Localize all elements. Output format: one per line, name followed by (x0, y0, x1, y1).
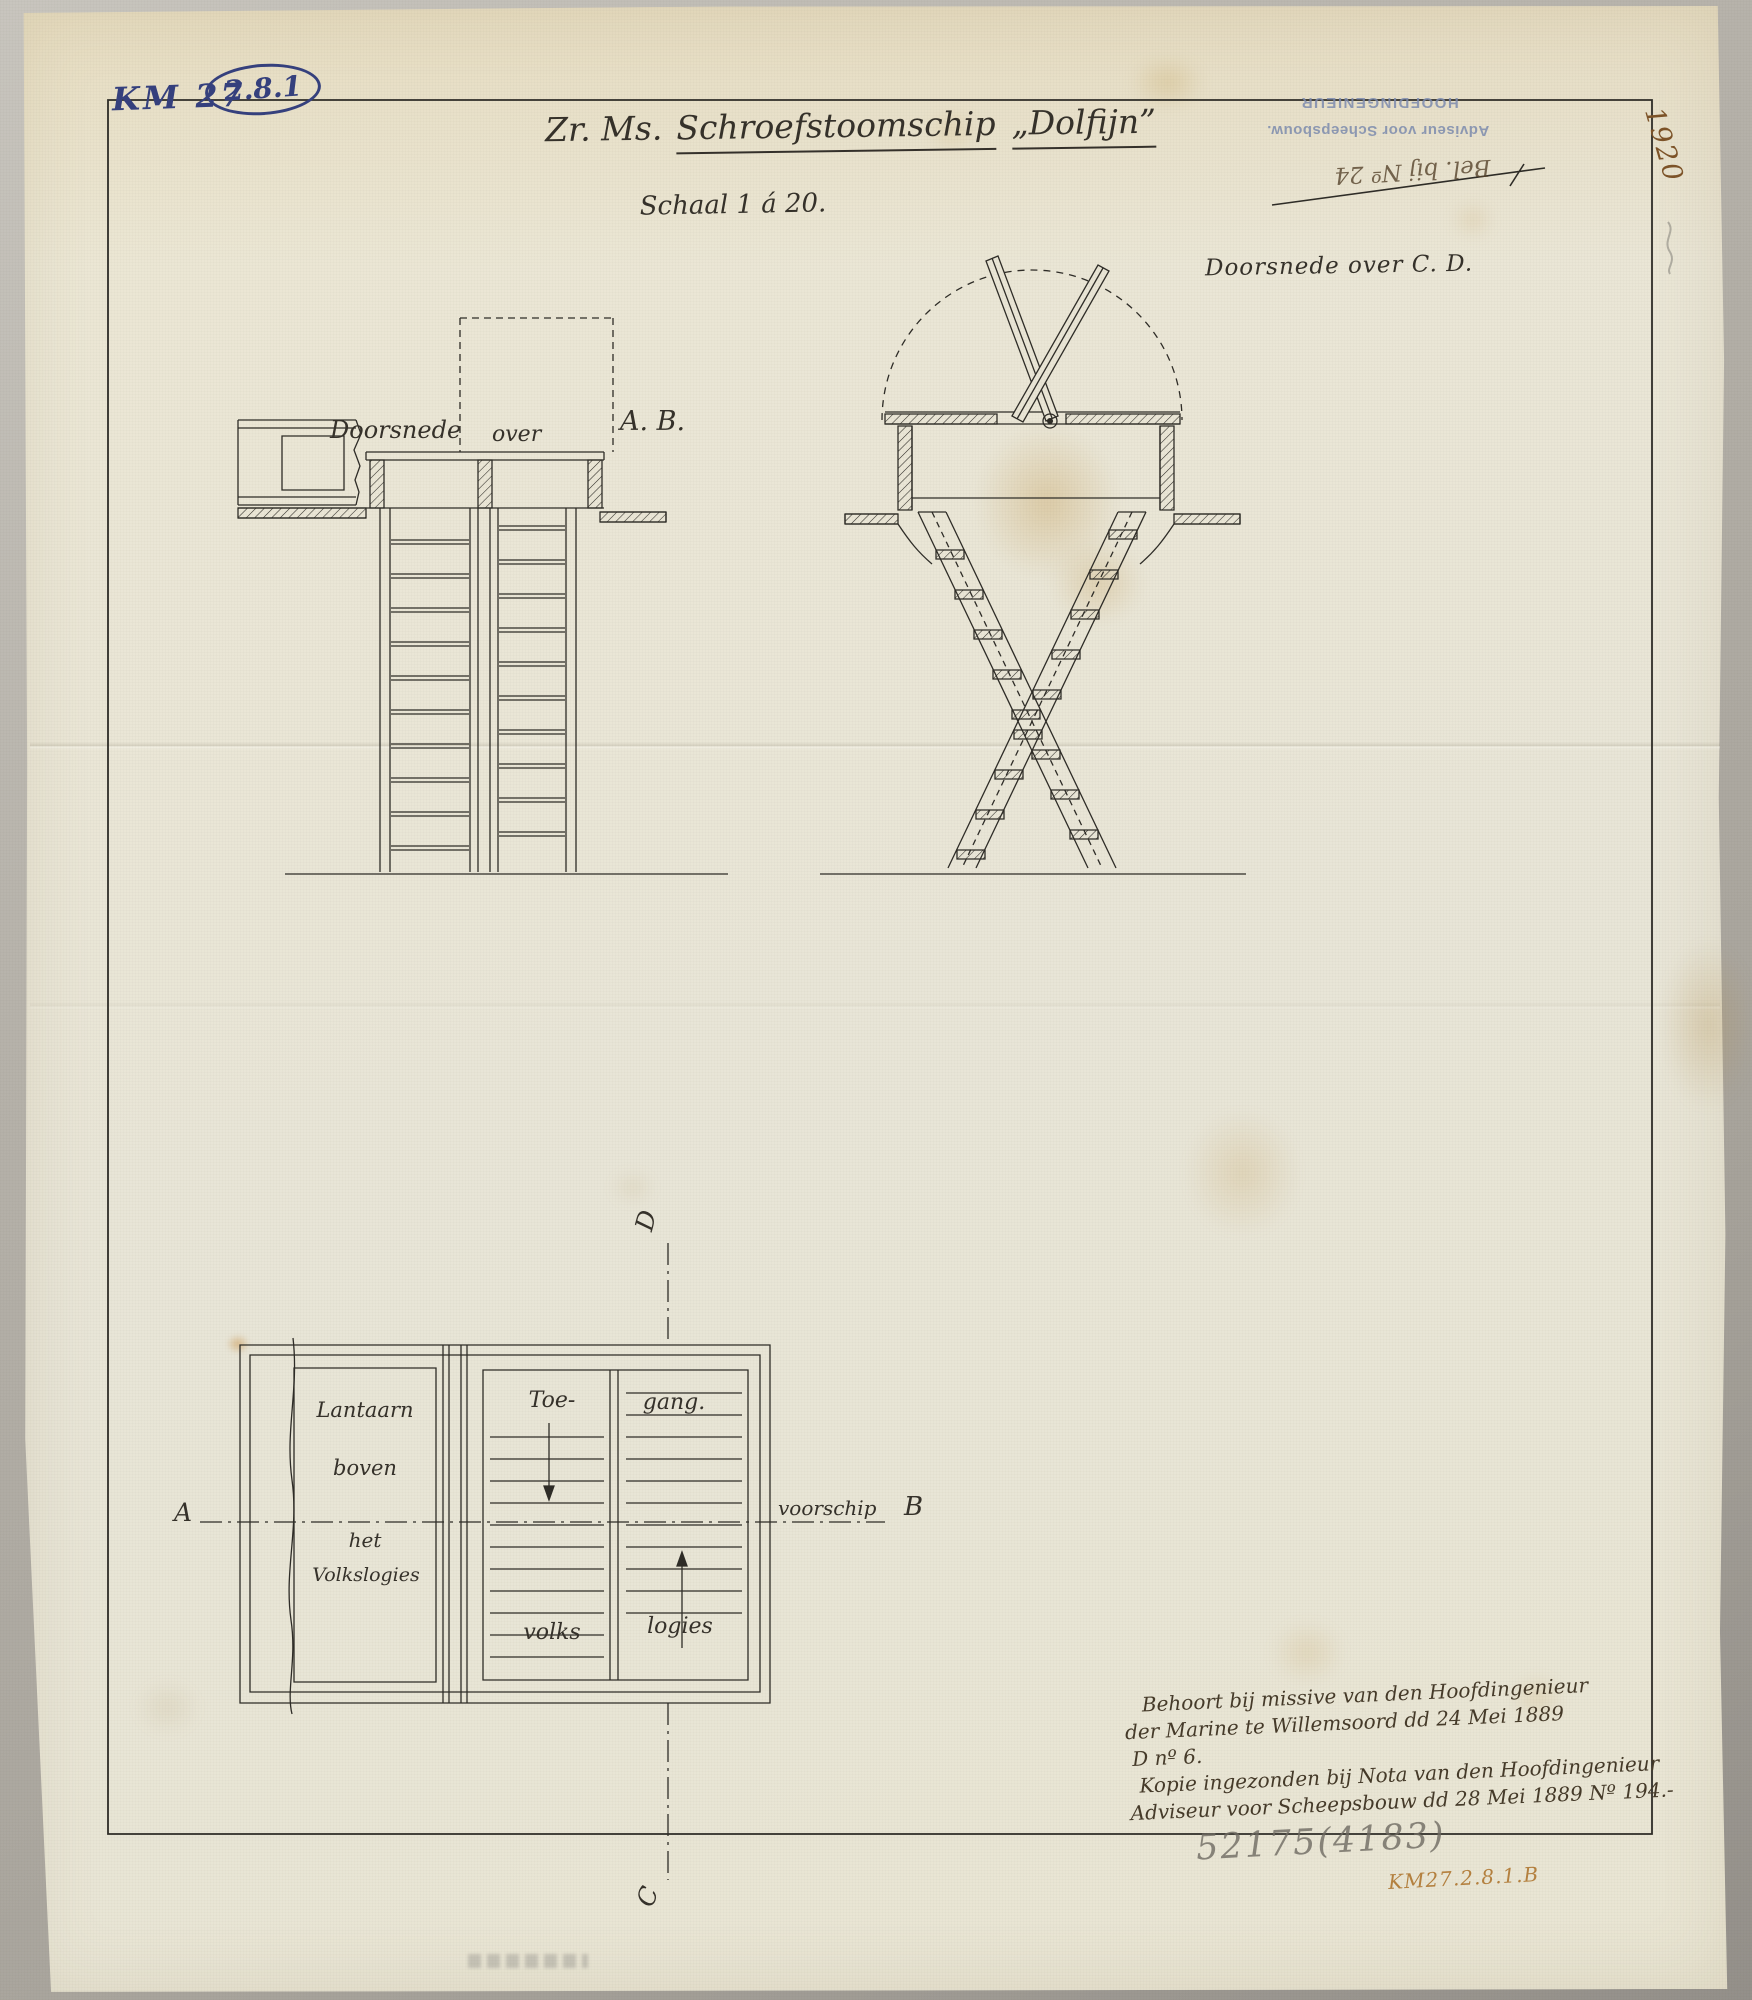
title-ship-name: „Dolfijn” (1011, 102, 1156, 150)
ladder-rungs-left (391, 540, 469, 850)
axis-mark-a: A (174, 1498, 192, 1527)
drawing-title: Zr. Ms.Schroefstoomschip„Dolfijn” (545, 102, 1145, 149)
divider-wall (443, 1345, 467, 1703)
section-cd (820, 256, 1246, 874)
down-arrow (544, 1423, 554, 1500)
ladder-rungs-right (499, 526, 565, 836)
stair-divider (610, 1370, 618, 1680)
scanned-archival-drawing: { "codes": { "top_left": "KM 27", "top_l… (0, 0, 1752, 2000)
archival-note: Behoort bij missive van den Hoofdingenie… (1123, 1668, 1688, 1827)
title-word: Schroefstoomschip (676, 104, 996, 154)
voorschip-label: voorschip (778, 1496, 877, 1520)
crossed-ladders (918, 512, 1146, 868)
ladder-stringers (380, 508, 576, 872)
stair-label-gang: gang. (624, 1390, 724, 1415)
lantern-label-2: boven (300, 1456, 430, 1480)
lantern-label-3: het (300, 1528, 430, 1552)
plan-treads-right (626, 1393, 742, 1613)
lantern-label-1: Lantaarn (300, 1398, 430, 1422)
stair-label-logies: logies (628, 1614, 732, 1639)
lantern-label-4: Volkslogies (296, 1564, 436, 1586)
stair-label-toe: Toe- (505, 1388, 599, 1413)
stair-label-volks: volks (505, 1620, 599, 1645)
section-ab-word3: A. B. (620, 406, 685, 437)
axis-mark-b: B (904, 1492, 923, 1522)
hatch-lids (986, 256, 1109, 428)
section-ab-word2: over (492, 422, 541, 447)
scale-label: Schaal 1 á 20. (628, 188, 838, 222)
title-prefix: Zr. Ms. (545, 109, 663, 150)
stamp-line-1: HOOFDINGENIEUR (1282, 94, 1477, 111)
plan-view (200, 1243, 885, 1880)
pencil-squiggle (1667, 222, 1672, 274)
section-ab-word1: Doorsnede (330, 416, 461, 444)
section-cd-label: Doorsnede over C. D. (1205, 251, 1474, 282)
faint-bottom-mark (468, 1954, 588, 1968)
section-ab (238, 318, 728, 874)
stamp-line-2: Adviseur voor Scheepsbouw. (1258, 122, 1498, 139)
